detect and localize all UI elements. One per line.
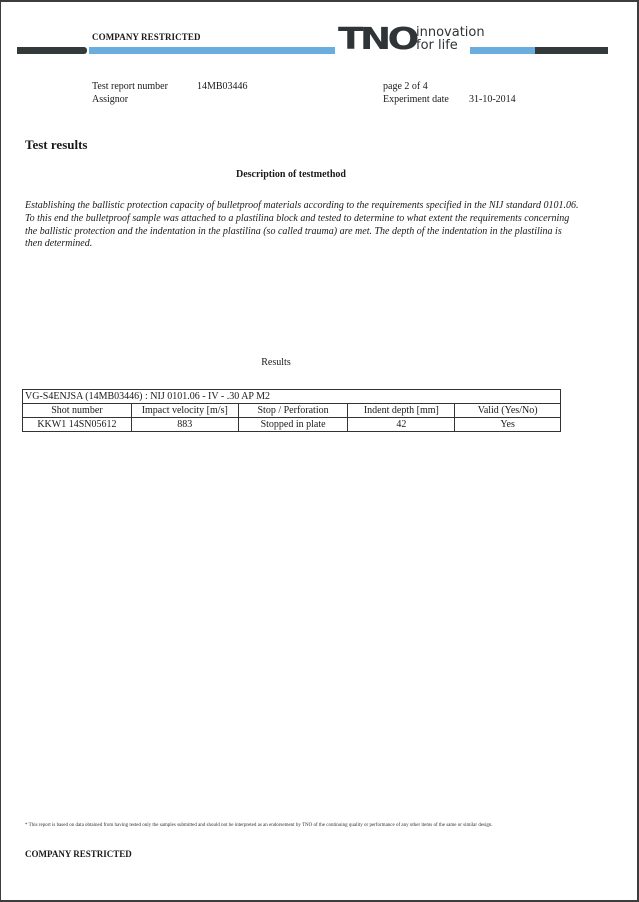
column-header: Shot number [23,404,132,418]
report-meta-values: 14MB03446 [197,80,248,93]
results-table: VG-S4ENJSA (14MB03446) : NIJ 0101.06 - I… [22,389,561,432]
method-heading: Description of testmethod [236,169,346,180]
header-bar-blue-left [89,47,335,54]
tno-logo: TNO [338,25,400,55]
table-header-row: Shot number Impact velocity [m/s] Stop /… [23,404,561,418]
classification-header: COMPANY RESTRICTED [92,32,201,42]
column-header: Valid (Yes/No) [455,404,561,418]
disclaimer-footnote: * This report is based on data obtained … [25,822,585,830]
assignor-label: Assignor [92,93,168,106]
tno-logo-mark: TNO [338,25,416,55]
experiment-date-label: Experiment date [383,93,449,106]
indent-depth-cell: 42 [348,418,455,432]
tno-tagline: innovation for life [416,26,485,52]
table-caption: VG-S4ENJSA (14MB03446) : NIJ 0101.06 - I… [23,390,561,404]
method-heading-wrap: Description of testmethod [0,169,552,180]
page-frame [0,0,639,902]
section-title: Test results [25,137,87,153]
table-caption-row: VG-S4ENJSA (14MB03446) : NIJ 0101.06 - I… [23,390,561,404]
stop-perforation-cell: Stopped in plate [238,418,348,432]
impact-velocity-cell: 883 [131,418,238,432]
column-header: Stop / Perforation [238,404,348,418]
page-indicator: page 2 of 4 [383,80,449,93]
shot-number-cell: KKW1 14SN05612 [23,418,132,432]
column-header: Impact velocity [m/s] [131,404,238,418]
report-meta-labels: Test report number Assignor [92,80,168,106]
experiment-date-value: 31-10-2014 [469,93,516,106]
report-number-label: Test report number [92,80,168,93]
method-description: Establishing the ballistic protection ca… [25,200,580,251]
page-meta-labels: page 2 of 4 Experiment date [383,80,449,106]
header-bar-dark-right [535,47,608,54]
report-number-value: 14MB03446 [197,80,248,93]
results-label: Results [0,357,552,368]
table-row: KKW1 14SN05612 883 Stopped in plate 42 Y… [23,418,561,432]
page-meta-values: 31-10-2014 [469,93,516,106]
header-bar-dark-left [17,47,87,54]
tagline-line-2: for life [416,39,485,52]
column-header: Indent depth [mm] [348,404,455,418]
valid-cell: Yes [455,418,561,432]
classification-footer: COMPANY RESTRICTED [25,849,132,859]
